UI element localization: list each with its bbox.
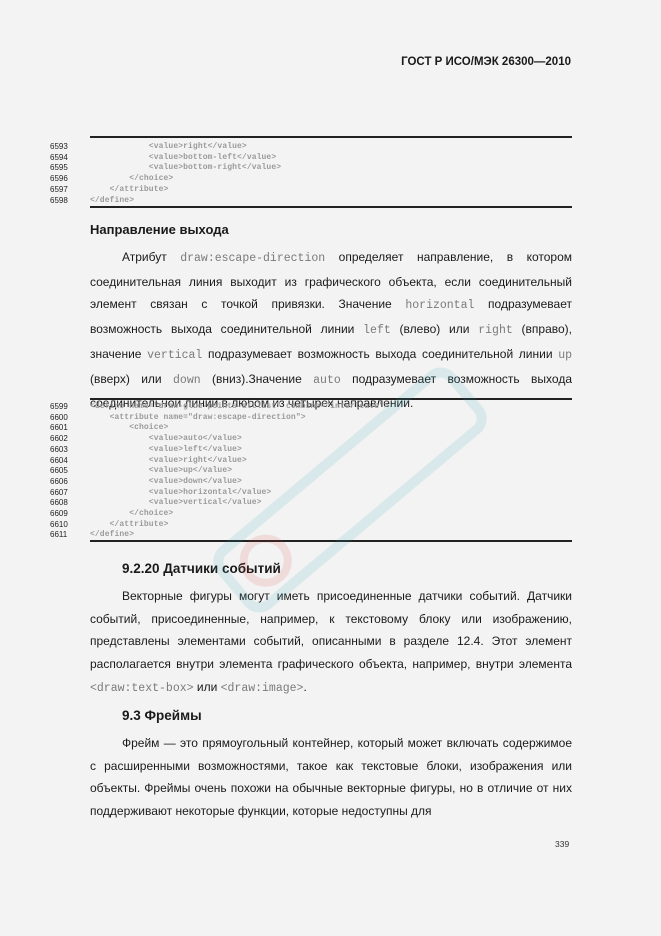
line-number: 6611: [50, 530, 80, 540]
code-text: <value>down</value>: [90, 477, 242, 487]
text-run: .: [303, 680, 306, 694]
inline-code: auto: [313, 374, 341, 387]
code-top-rule: [90, 398, 572, 400]
line-number: 6606: [50, 477, 80, 487]
code-text: <choice>: [90, 423, 168, 433]
inline-code: <draw:text-box>: [90, 682, 194, 695]
code-bottom-rule: [90, 540, 572, 542]
line-number: 6593: [50, 142, 80, 152]
code-text: </choice>: [90, 509, 173, 519]
code-text: <value>up</value>: [90, 466, 232, 476]
line-number: 6595: [50, 163, 80, 173]
code-text: <value>right</value>: [90, 142, 247, 152]
code-text: </define>: [90, 530, 134, 540]
section-heading-event-listeners: 9.2.20 Датчики событий: [122, 561, 281, 576]
code-text: <value>left</value>: [90, 445, 242, 455]
code-listing-1: 6593 <value>right</value>6594 <value>bot…: [50, 133, 572, 213]
line-number: 6609: [50, 509, 80, 519]
code-text: <value>bottom-right</value>: [90, 163, 281, 173]
code-text: </attribute>: [90, 520, 168, 530]
text-run: (вверх) или: [90, 372, 173, 386]
paragraph-escape-direction: Атрибут draw:escape-direction определяет…: [90, 246, 572, 415]
text-run: Векторные фигуры могут иметь присоединен…: [90, 589, 572, 671]
inline-code: vertical: [147, 349, 202, 362]
code-text: <value>vertical</value>: [90, 498, 262, 508]
line-number: 6607: [50, 488, 80, 498]
code-listing-2: 6599<define name="draw-glue-points-attli…: [50, 396, 572, 546]
inline-code: horizontal: [405, 299, 474, 312]
code-text: <value>right</value>: [90, 456, 247, 466]
line-number: 6600: [50, 413, 80, 423]
line-number: 6601: [50, 423, 80, 433]
line-number: 6605: [50, 466, 80, 476]
section-heading-frames: 9.3 Фреймы: [122, 708, 202, 723]
section-heading-escape-direction: Направление выхода: [90, 222, 229, 237]
code-bottom-rule: [90, 206, 572, 208]
inline-code: <draw:image>: [221, 682, 304, 695]
line-number: 6597: [50, 185, 80, 195]
line-number: 6603: [50, 445, 80, 455]
code-text: <value>auto</value>: [90, 434, 242, 444]
line-number: 6608: [50, 498, 80, 508]
inline-code: up: [558, 349, 572, 362]
code-text: <attribute name="draw:escape-direction">: [90, 413, 306, 423]
code-text: </attribute>: [90, 185, 168, 195]
text-run: Атрибут: [122, 250, 180, 264]
text-run: (вниз).Значение: [201, 372, 314, 386]
line-number: 6596: [50, 174, 80, 184]
code-text: <define name="draw-glue-points-attlist" …: [90, 402, 389, 412]
line-number: 6594: [50, 153, 80, 163]
text-run: или: [194, 680, 221, 694]
line-number: 6599: [50, 402, 80, 412]
paragraph-event-listeners: Векторные фигуры могут иметь присоединен…: [90, 585, 572, 701]
document-header: ГОСТ Р ИСО/МЭК 26300—2010: [401, 56, 571, 68]
paragraph-frames: Фрейм — это прямоугольный контейнер, кот…: [90, 732, 572, 823]
line-number: 6602: [50, 434, 80, 444]
inline-code: right: [478, 324, 513, 337]
code-top-rule: [90, 136, 572, 138]
page-number: 339: [555, 839, 569, 849]
inline-code: left: [363, 324, 391, 337]
text-run: Фрейм — это прямоугольный контейнер, кот…: [90, 736, 572, 818]
code-text: <value>bottom-left</value>: [90, 153, 276, 163]
line-number: 6610: [50, 520, 80, 530]
text-run: (влево) или: [391, 322, 478, 336]
code-text: </define>: [90, 196, 134, 206]
inline-code: down: [173, 374, 201, 387]
line-number: 6604: [50, 456, 80, 466]
line-number: 6598: [50, 196, 80, 206]
inline-code: draw:escape-direction: [180, 252, 325, 265]
text-run: подразумевает возможность выхода соедини…: [202, 347, 558, 361]
code-text: </choice>: [90, 174, 173, 184]
code-text: <value>horizontal</value>: [90, 488, 271, 498]
